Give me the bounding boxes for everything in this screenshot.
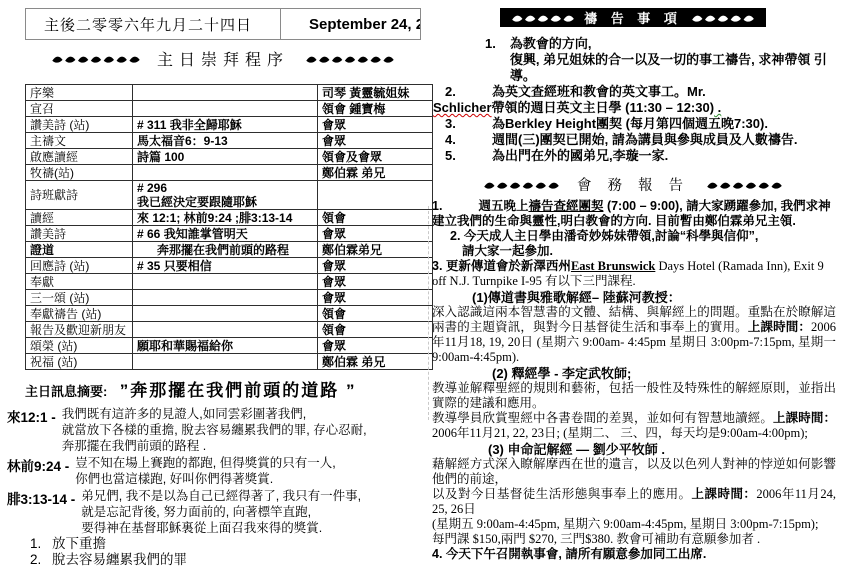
- date-header: 主後二零零六年九月二十四日 September 24, 2006: [25, 8, 421, 40]
- prayer-list: 1. 為教會的方向, 復興, 弟兄姐妹的合一以及一切的事工禱告, 求神帶領 引導…: [430, 36, 838, 164]
- prayer-item-text: 帶領的週日英文主日學 (11:30 – 12:30): [492, 100, 715, 115]
- table-row: 奉獻會眾: [26, 274, 433, 290]
- program-item: 報告及歡迎新朋友: [26, 322, 133, 338]
- prayer-banner: 禱 告 事 項: [500, 8, 766, 27]
- scroll-flourish-icon: [699, 179, 790, 191]
- course-section: (2) 釋經學 - 李定武牧師; 教導並解釋聖經的規則和藝術，包括一般性及特殊性…: [432, 366, 836, 441]
- report-item: 2. 今天成人主日學由潘奇妙姊妹帶領,討論“科學與信仰”, 請大家一起參加.: [450, 229, 836, 259]
- prayer-item: 1. 為教會的方向, 復興, 弟兄姐妹的合一以及一切的事工禱告, 求神帶領 引導…: [485, 36, 838, 84]
- prayer-item-number: 2.: [445, 84, 492, 100]
- point-text: 放下重擔: [52, 536, 106, 551]
- program-who: 領會 鍾寶梅: [318, 101, 433, 117]
- program-item: 奉獻禱告 (站): [26, 306, 133, 322]
- program-detail: 願耶和華賜福給你: [133, 338, 318, 354]
- course-heading: (2) 釋經學 - 李定武牧師;: [492, 366, 836, 381]
- program-who: 司琴 黃靈毓姐妹: [318, 85, 433, 101]
- report-item-number: 1.: [432, 199, 442, 213]
- report-section-title: 會 務 報 告: [577, 174, 689, 195]
- program-detail: # 296 我已經決定要跟隨耶穌: [133, 181, 318, 210]
- program-item: 序樂: [26, 85, 133, 101]
- report-item-text: 今天下午召開執事會, 請所有願意參加同工出席.: [446, 547, 706, 561]
- date-english: September 24, 2006: [281, 9, 420, 39]
- program-detail: [133, 354, 318, 370]
- report-item: 4. 今天下午召開執事會, 請所有願意參加同工出席.: [432, 547, 836, 562]
- table-row: 宣召領會 鍾寶梅: [26, 101, 433, 117]
- message-summary-label: 主日訊息摘要:: [25, 384, 107, 399]
- report-item-text: 今天成人主日學由潘奇妙姊妹帶領,討論“科學與信仰”,: [464, 229, 758, 243]
- course-body-text: 教導學員欣賞聖經中各書卷間的差異，並如何有智慧地讀經。: [432, 411, 773, 425]
- program-who: 會眾: [318, 117, 433, 133]
- table-row: 啟應讀經詩篇 100領會及會眾: [26, 149, 433, 165]
- program-who: 鄭伯霖弟兄: [318, 242, 433, 258]
- program-detail: 奔那擺在我們前頭的路程: [133, 242, 318, 258]
- report-item-number: 3.: [432, 259, 442, 273]
- course-section: (3) 申命記解經 — 劉少平牧師 . 藉解經方式深入瞭解摩西在世的遺言，以及以…: [432, 442, 836, 547]
- program-who: 會眾: [318, 258, 433, 274]
- prayer-section-title: 禱 告 事 項: [584, 8, 682, 27]
- scripture-passage: 林前9:24 - 豈不知在場上賽跑的都跑, 但得獎賞的只有一人, 你們也當這樣跑…: [7, 455, 435, 487]
- program-detail: [133, 290, 318, 306]
- program-who: [318, 181, 433, 210]
- program-who: 會眾: [318, 274, 433, 290]
- program-item: 回應詩 (站): [26, 258, 133, 274]
- class-time-label: 上課時間：: [692, 487, 757, 501]
- prayer-item-continuation: Schlicher帶領的週日英文主日學 (11:30 – 12:30) .: [433, 100, 838, 116]
- course-heading: (1)傳道書與雅歌解經– 陸蘇河教授：: [472, 290, 836, 305]
- prayer-item: 4. 週間(三)團契已開始, 請為講員與參與成員及人數禱告.: [445, 132, 838, 148]
- bulletin-page: 主後二零零六年九月二十四日 September 24, 2006 主日崇拜程序 …: [0, 0, 841, 567]
- class-time-label: 上課時間：: [773, 411, 836, 425]
- program-who: 領會: [318, 210, 433, 226]
- scripture-text: 豈不知在場上賽跑的都跑, 但得獎賞的只有一人, 你們也當這樣跑, 好叫你們得著獎…: [75, 455, 335, 487]
- scripture-passage: 來12:1 - 我們既有這許多的見證人,如同雲彩圍著我們, 就當放下各樣的重擔,…: [7, 406, 435, 454]
- program-detail: [133, 306, 318, 322]
- program-detail: # 311 我非全歸耶穌: [133, 117, 318, 133]
- program-who: 領會: [318, 306, 433, 322]
- scripture-ref: 來12:1 -: [7, 406, 56, 454]
- grammar-underline: .: [714, 100, 721, 115]
- prayer-item-number: 4.: [445, 132, 492, 148]
- report-title-row: 會 務 報 告: [430, 174, 836, 195]
- program-detail: # 35 只要相信: [133, 258, 318, 274]
- scroll-flourish-icon: [297, 53, 403, 65]
- program-who: 鄭伯霖 弟兄: [318, 354, 433, 370]
- table-row-sermon: 證道奔那擺在我們前頭的路程鄭伯霖弟兄: [26, 242, 433, 258]
- prayer-item-text: 為教會的方向, 復興, 弟兄姐妹的合一以及一切的事工禱告, 求神帶領 引導。: [510, 36, 838, 84]
- worship-title-row: 主日崇拜程序: [25, 47, 421, 70]
- table-row: 詩班獻詩# 296 我已經決定要跟隨耶穌: [26, 181, 433, 210]
- program-item: 祝福 (站): [26, 354, 133, 370]
- prayer-item-text: 為Berkley Height團契 (每月第四個週五晚7:30).: [492, 116, 768, 132]
- scripture-text: 我們既有這許多的見證人,如同雲彩圍著我們, 就當放下各樣的重擔, 脫去容易纏累我…: [62, 406, 367, 454]
- point-number: 2.: [30, 552, 52, 567]
- program-who: 會眾: [318, 133, 433, 149]
- table-row: 主禱文馬太福音6：9-13會眾: [26, 133, 433, 149]
- sermon-title-quote: ”奔那擺在我們前頭的道路 ”: [120, 381, 357, 400]
- prayer-item: 5. 為出門在外的國弟兄,李璇一家.: [445, 148, 838, 164]
- table-row: 讚美詩# 66 我知誰掌管明天會眾: [26, 226, 433, 242]
- report-item-continuation: 請大家一起參加.: [462, 244, 836, 259]
- prayer-item-number: 1.: [485, 36, 510, 84]
- program-item: 讚美詩 (站): [26, 117, 133, 133]
- course-fees: 每門課 $150,兩門 $270, 三門$380. 教會可補助有意願參加者 .: [432, 532, 836, 547]
- prayer-item-number: 3.: [445, 116, 492, 132]
- class-time-value: 2006年11月21, 22, 23日; (星期二、 三、四，每天均是9:00a…: [432, 426, 808, 440]
- course-section: (1)傳道書與雅歌解經– 陸蘇河教授： 深入認識這兩本智慧書的文體、結構、與解經…: [432, 290, 836, 365]
- underlined-phrase: 禱告查經團契: [528, 199, 603, 213]
- course-schedule: (星期五 9:00am-4:45pm, 星期六 9:00am-4:45pm, 星…: [432, 517, 836, 532]
- scripture-text: 弟兄們, 我不是以為自己已經得著了, 我只有一件事, 就是忘記背後, 努力面前的…: [81, 488, 361, 536]
- scripture-ref: 腓3:13-14 -: [7, 488, 75, 536]
- course-heading: (3) 申命記解經 — 劉少平牧師 .: [488, 442, 836, 457]
- program-detail: [133, 322, 318, 338]
- worship-program-title: 主日崇拜程序: [157, 47, 289, 70]
- scroll-flourish-icon: [510, 12, 576, 24]
- table-row: 奉獻禱告 (站)領會: [26, 306, 433, 322]
- table-row: 讚美詩 (站)# 311 我非全歸耶穌會眾: [26, 117, 433, 133]
- program-who: 領會及會眾: [318, 149, 433, 165]
- message-summary: 主日訊息摘要: ”奔那擺在我們前頭的道路 ”: [25, 376, 435, 401]
- scroll-flourish-icon: [476, 179, 567, 191]
- prayer-item-text: 為出門在外的國弟兄,李璇一家.: [492, 148, 668, 164]
- table-row: 報告及歡迎新朋友領會: [26, 322, 433, 338]
- table-row: 三一頌 (站)會眾: [26, 290, 433, 306]
- prayer-item-text: 週間(三)團契已開始, 請為講員與參與成員及人數禱告.: [492, 132, 798, 148]
- scroll-flourish-icon: [690, 12, 756, 24]
- class-time-label: 上課時間：: [748, 320, 811, 334]
- location-name: East Brunswick: [571, 259, 655, 273]
- program-who: 會眾: [318, 226, 433, 242]
- prayer-item-text: 為英文查經班和教會的英文事工。Mr.: [492, 84, 706, 100]
- report-body: 1.週五晚上禱告查經團契 (7:00 – 9:00), 請大家踴躍參加, 我們求…: [432, 199, 836, 562]
- course-description: 藉解經方式深入瞭解摩西在世的遺言，以及以色列人對神的悖逆如何影響他們的前途， 以…: [432, 457, 836, 517]
- program-who: 領會: [318, 322, 433, 338]
- program-item: 頌榮 (站): [26, 338, 133, 354]
- program-item: 主禱文: [26, 133, 133, 149]
- report-item-number: 4.: [432, 547, 442, 561]
- table-row: 讀經來 12:1; 林前9:24 ;腓3:13-14領會: [26, 210, 433, 226]
- table-row: 牧禱(站)鄭伯霖 弟兄: [26, 165, 433, 181]
- table-row: 祝福 (站)鄭伯霖 弟兄: [26, 354, 433, 370]
- program-detail: [133, 101, 318, 117]
- report-item-number: 2.: [450, 229, 460, 243]
- course-description: 教導並解釋聖經的規則和藝術，包括一般性及特殊性的解經原則，並指出實際的建議和應用…: [432, 381, 836, 411]
- spellcheck-underline: Schlicher: [433, 100, 492, 115]
- program-item: 奉獻: [26, 274, 133, 290]
- report-item: 1.週五晚上禱告查經團契 (7:00 – 9:00), 請大家踴躍參加, 我們求…: [432, 199, 836, 229]
- program-who: 會眾: [318, 290, 433, 306]
- program-who: 會眾: [318, 338, 433, 354]
- prayer-item: 2. 為英文查經班和教會的英文事工。Mr.: [445, 84, 838, 100]
- prayer-item-number: 5.: [445, 148, 492, 164]
- sermon-points: 1.放下重擔 2.脫去容易纏累我們的罪: [30, 536, 430, 567]
- sermon-point: 1.放下重擔: [30, 536, 430, 551]
- scroll-flourish-icon: [43, 53, 149, 65]
- scripture-ref: 林前9:24 -: [7, 455, 69, 487]
- prayer-banner-row: 禱 告 事 項: [430, 8, 836, 27]
- scripture-passage: 腓3:13-14 - 弟兄們, 我不是以為自己已經得著了, 我只有一件事, 就是…: [7, 488, 435, 536]
- prayer-item: 3. 為Berkley Height團契 (每月第四個週五晚7:30).: [445, 116, 838, 132]
- program-detail: [133, 274, 318, 290]
- course-description: 教導學員欣賞聖經中各書卷間的差異，並如何有智慧地讀經。上課時間：2006年11月…: [432, 411, 836, 441]
- program-who: 鄭伯霖 弟兄: [318, 165, 433, 181]
- worship-program-table: 序樂司琴 黃靈毓姐妹 宣召領會 鍾寶梅 讚美詩 (站)# 311 我非全歸耶穌會…: [25, 84, 433, 370]
- table-row: 頌榮 (站)願耶和華賜福給你會眾: [26, 338, 433, 354]
- table-gridline-hint: [428, 206, 429, 420]
- program-item: 證道: [26, 242, 133, 258]
- program-item: 讀經: [26, 210, 133, 226]
- report-item: 3. 更新傳道會於新澤西州East Brunswick Days Hotel (…: [432, 259, 836, 289]
- table-row: 序樂司琴 黃靈毓姐妹: [26, 85, 433, 101]
- program-item: 宣召: [26, 101, 133, 117]
- sermon-point: 2.脫去容易纏累我們的罪: [30, 552, 430, 567]
- point-number: 1.: [30, 536, 52, 551]
- program-detail: 馬太福音6：9-13: [133, 133, 318, 149]
- program-detail: [133, 85, 318, 101]
- course-description: 深入認識這兩本智慧書的文體、結構、與解經上的問題。重點在於瞭解這兩書的主題資訊，…: [432, 305, 836, 365]
- program-item: 讚美詩: [26, 226, 133, 242]
- table-row: 回應詩 (站)# 35 只要相信會眾: [26, 258, 433, 274]
- program-item: 詩班獻詩: [26, 181, 133, 210]
- program-detail: [133, 165, 318, 181]
- report-item-text: 週五晚上: [478, 199, 528, 213]
- point-text: 脫去容易纏累我們的罪: [52, 552, 187, 567]
- program-item: 啟應讀經: [26, 149, 133, 165]
- program-item: 牧禱(站): [26, 165, 133, 181]
- date-chinese: 主後二零零六年九月二十四日: [26, 9, 281, 39]
- program-item: 三一頌 (站): [26, 290, 133, 306]
- scripture-block: 來12:1 - 我們既有這許多的見證人,如同雲彩圍著我們, 就當放下各樣的重擔,…: [7, 406, 435, 537]
- program-detail: 來 12:1; 林前9:24 ;腓3:13-14: [133, 210, 318, 226]
- program-detail: # 66 我知誰掌管明天: [133, 226, 318, 242]
- program-detail: 詩篇 100: [133, 149, 318, 165]
- report-item-text: 更新傳道會於新澤西州: [446, 259, 571, 273]
